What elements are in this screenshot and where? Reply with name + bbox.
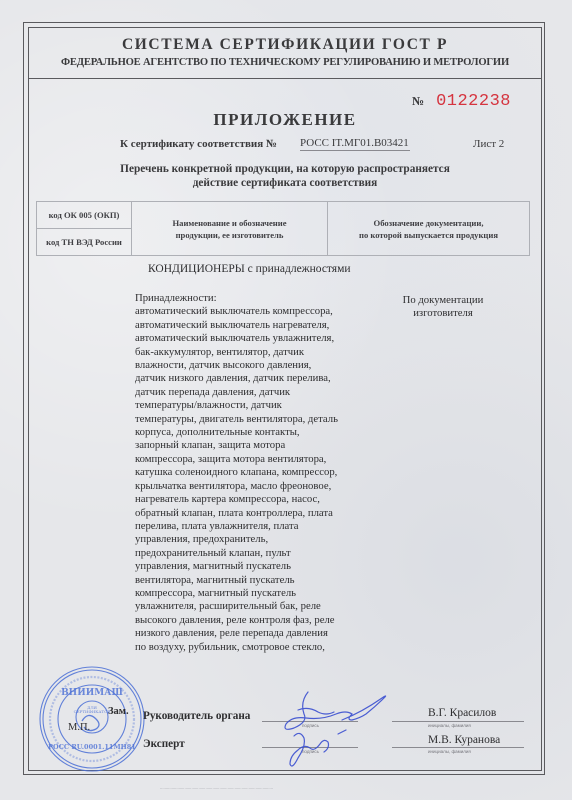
product-name-header-line-2: продукции, ее изготовитель: [172, 229, 286, 241]
product-name-header: Наименование и обозначение продукции, ее…: [132, 202, 328, 255]
documentation-header-line-2: по которой выпускается продукция: [359, 229, 498, 241]
stamp-registration: РОСС RU.0001.11МН81: [48, 743, 136, 751]
accessories-line: крыльчатка вентилятора, масло фреоновое,: [135, 480, 395, 493]
doc-ref-line-2: изготовителя: [383, 307, 503, 320]
expert-name: М.В. Куранова: [428, 734, 500, 746]
accessories-line: автоматический выключатель компрессора,: [135, 305, 395, 318]
seal-place-label: М.П.: [68, 722, 90, 733]
list-caption-line-1: Перечень конкретной продукции, на котору…: [28, 162, 542, 176]
accessories-line: управления, магнитный пускатель: [135, 560, 395, 573]
printer-imprint: ········································…: [160, 787, 273, 791]
accessories-line: бак-аккумулятор, вентилятор, датчик: [135, 346, 395, 359]
accessories-line: предохранительный клапан, пульт: [135, 547, 395, 560]
head-name-caption: инициалы, фамилия: [428, 723, 471, 728]
accessories-line: влажности, датчик высокого давления,: [135, 359, 395, 372]
doc-ref-line-1: По документации: [383, 294, 503, 307]
product-title: КОНДИЦИОНЕРЫ с принадлежностями: [148, 263, 351, 275]
accessories-line: автоматический выключатель увлажнителя,: [135, 332, 395, 345]
number-sign: №: [412, 94, 424, 108]
certificate-label: К сертификату соответствия №: [120, 138, 277, 150]
accessories-line: датчик низкого давления, датчик перелива…: [135, 372, 395, 385]
certification-body-stamp: ВНИИМАШ ДЛЯ СЕРТИФИКАТОВ РОСС RU.0001.11…: [38, 665, 146, 773]
head-name: В.Г. Красилов: [428, 707, 496, 719]
head-name-line: [392, 721, 524, 722]
certification-system-title: СИСТЕМА СЕРТИФИКАЦИИ ГОСТ Р: [28, 36, 542, 54]
product-name-header-line-1: Наименование и обозначение: [172, 217, 286, 229]
accessories-line: низкого давления, реле перепада давления: [135, 627, 395, 640]
sheet-number: Лист 2: [473, 138, 504, 150]
agency-name: ФЕДЕРАЛЬНОЕ АГЕНТСТВО ПО ТЕХНИЧЕСКОМУ РЕ…: [28, 57, 542, 68]
product-table-header: код ОК 005 (ОКП) код ТН ВЭД России Наиме…: [36, 201, 530, 256]
accessories-line: катушка соленоидного клапана, компрессор…: [135, 466, 395, 479]
head-of-body-label: Руководитель органа: [143, 710, 250, 722]
form-serial-number: № 0122238: [412, 92, 511, 111]
documentation-header-line-1: Обозначение документации,: [359, 217, 498, 229]
accessories-line: управления, предохранитель,: [135, 533, 395, 546]
list-caption-line-2: действие сертификата соответствия: [28, 176, 542, 190]
expert-name-line: [392, 747, 524, 748]
accessories-line: обратный клапан, плата контроллера, плат…: [135, 507, 395, 520]
expert-name-caption: инициалы, фамилия: [428, 749, 471, 754]
okp-code-header: код ОК 005 (ОКП): [37, 202, 132, 229]
accessories-line: нагреватель картера компрессора, насос,: [135, 493, 395, 506]
list-caption: Перечень конкретной продукции, на котору…: [28, 162, 542, 190]
documentation-reference: По документации изготовителя: [383, 294, 503, 321]
handwritten-signatures: [268, 680, 398, 780]
serial-value: 0122238: [436, 92, 511, 111]
accessories-line: высокого давления, реле контроля фаз, ре…: [135, 614, 395, 627]
accessories-line: по воздуху, рубильник, смотровое стекло,: [135, 641, 395, 654]
accessories-line: корпуса, дополнительные контакты,: [135, 426, 395, 439]
appendix-title: ПРИЛОЖЕНИЕ: [28, 110, 542, 130]
stamp-center-code: ВНИИМАШ: [61, 688, 123, 698]
accessories-line: увлажнителя, расширительный бак, реле: [135, 600, 395, 613]
accessories-heading: Принадлежности:: [135, 292, 395, 305]
deputy-prefix: Зам.: [108, 706, 129, 717]
accessories-line: вентилятора, магнитный пускатель: [135, 574, 395, 587]
tnved-code-header: код ТН ВЭД России: [37, 229, 132, 255]
certificate-number: РОСС IT.МГ01.В03421: [300, 137, 410, 151]
accessories-list: Принадлежности:автоматический выключател…: [135, 292, 395, 654]
expert-label: Эксперт: [143, 738, 185, 750]
accessories-line: температуры, двигатель вентилятора, дета…: [135, 413, 395, 426]
accessories-line: запорный клапан, защита мотора: [135, 439, 395, 452]
accessories-line: компрессора, магнитный пускатель: [135, 587, 395, 600]
accessories-line: перелива, плата увлажнителя, плата: [135, 520, 395, 533]
header-divider: [28, 78, 542, 79]
svg-text:СЕРТИФИКАТОВ: СЕРТИФИКАТОВ: [74, 709, 111, 714]
accessories-line: температуры/влажности, датчик: [135, 399, 395, 412]
accessories-line: автоматический выключатель нагревателя,: [135, 319, 395, 332]
accessories-line: компрессора, защита мотора вентилятора,: [135, 453, 395, 466]
documentation-header: Обозначение документации, по которой вып…: [328, 202, 529, 255]
accessories-line: датчик перепада давления, датчик: [135, 386, 395, 399]
